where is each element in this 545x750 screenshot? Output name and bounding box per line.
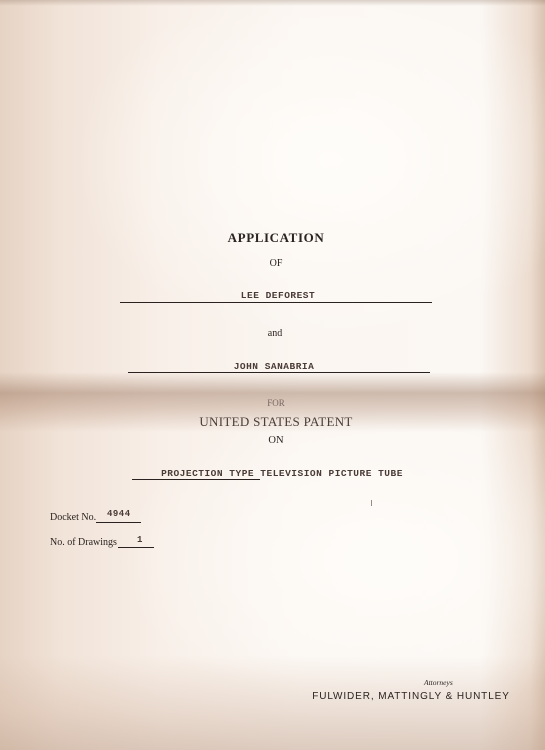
inventor-name-2: JOHN SANABRIA xyxy=(234,361,315,372)
invention-title: PROJECTION TYPE TELEVISION PICTURE TUBE xyxy=(161,468,403,479)
attorney-firm: FULWIDER, MATTINGLY & HUNTLEY xyxy=(312,691,510,702)
document-heading: APPLICATION xyxy=(228,230,325,246)
docket-label: Docket No. xyxy=(50,512,96,523)
invention-title-underline xyxy=(132,479,260,480)
inventor-1-underline xyxy=(120,302,432,303)
patent-type: UNITED STATES PATENT xyxy=(199,414,352,430)
for-label: FOR xyxy=(267,398,285,408)
inventor-2-underline xyxy=(128,372,430,373)
docket-number: 4944 xyxy=(107,509,131,519)
paper-bottom-shadow xyxy=(0,655,545,750)
attorneys-label: Attorneys xyxy=(424,678,453,687)
docket-underline xyxy=(96,522,141,523)
inventor-name-1: LEE DEFOREST xyxy=(241,290,315,301)
of-label: OF xyxy=(270,258,283,269)
drawings-label: No. of Drawings xyxy=(50,537,117,548)
and-label: and xyxy=(268,328,282,339)
on-label: ON xyxy=(268,435,283,446)
drawings-underline xyxy=(118,547,154,548)
paper-speck xyxy=(371,500,372,506)
drawings-count: 1 xyxy=(137,535,143,545)
